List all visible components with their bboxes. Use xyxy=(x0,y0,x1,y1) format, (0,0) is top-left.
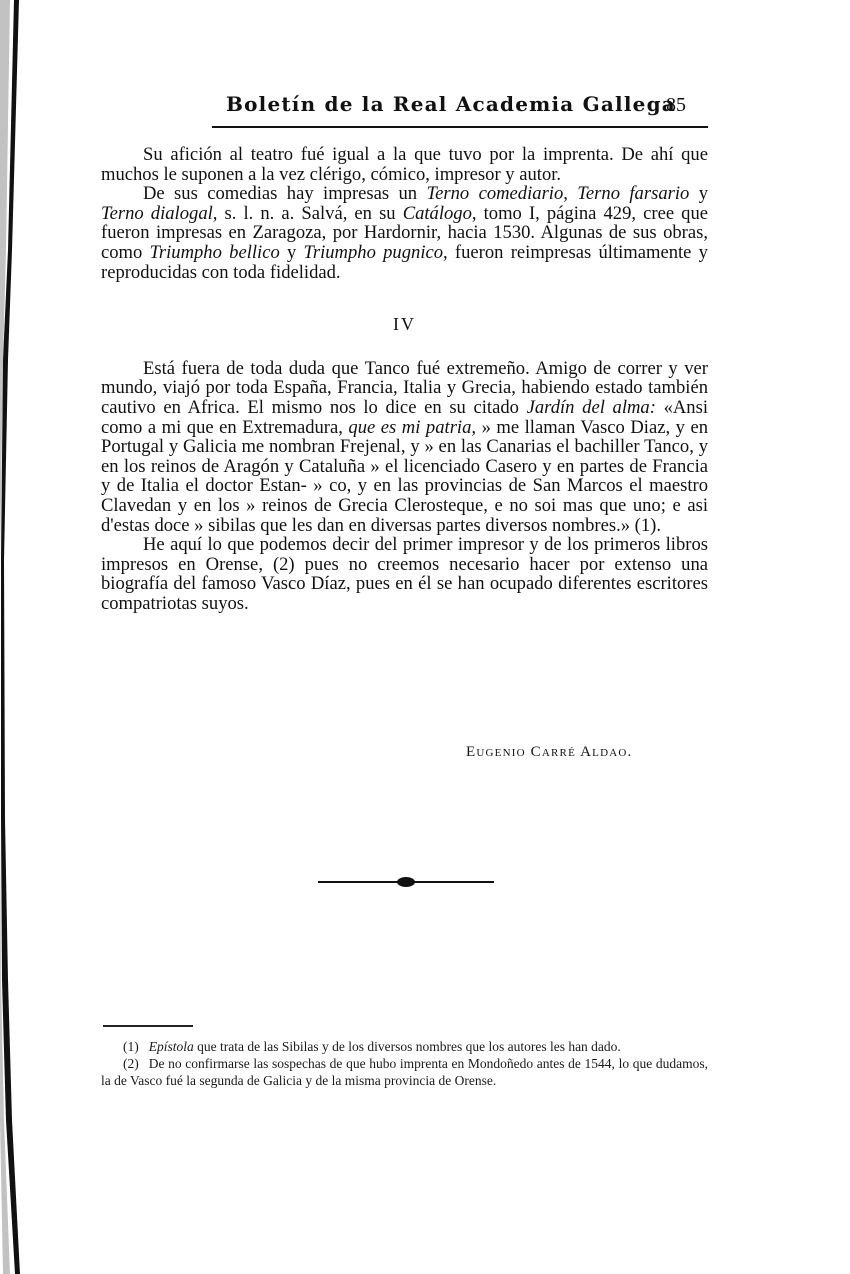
footnote: (2)De no confirmarse las sospechas de qu… xyxy=(101,1055,708,1089)
page-number: 85 xyxy=(666,94,686,117)
footnote-text: Epístola que trata de las Sibilas y de l… xyxy=(149,1039,621,1054)
running-title: Boletín de la Real Academia Gallega xyxy=(226,92,676,116)
footnote-number: (1) xyxy=(123,1039,139,1054)
paragraph: Su afición al teatro fué igual a la que … xyxy=(101,145,708,184)
footnote-text: De no confirmarse las sospechas de que h… xyxy=(101,1056,708,1088)
footnotes: (1)Epístola que trata de las Sibilas y d… xyxy=(101,1038,708,1089)
paragraph: He aquí lo que podemos decir del primer … xyxy=(101,535,708,613)
paragraph: Está fuera de toda duda que Tanco fué ex… xyxy=(101,359,708,535)
page-header: Boletín de la Real Academia Gallega 85 xyxy=(212,88,708,128)
footnote: (1)Epístola que trata de las Sibilas y d… xyxy=(101,1038,708,1055)
paragraph: De sus comedias hay impresas un Terno co… xyxy=(101,184,708,282)
footnote-number: (2) xyxy=(123,1056,139,1071)
ornament-divider-icon xyxy=(318,875,494,889)
footnote-rule xyxy=(103,1025,193,1027)
body-text: Su afición al teatro fué igual a la que … xyxy=(101,145,708,613)
signature-text: Eugenio Carré Aldao. xyxy=(466,744,632,760)
section-number: IV xyxy=(101,315,708,335)
header-rule xyxy=(212,126,708,128)
author-signature: Eugenio Carré Aldao. xyxy=(466,744,632,761)
scan-edge-shadow xyxy=(0,0,22,1274)
